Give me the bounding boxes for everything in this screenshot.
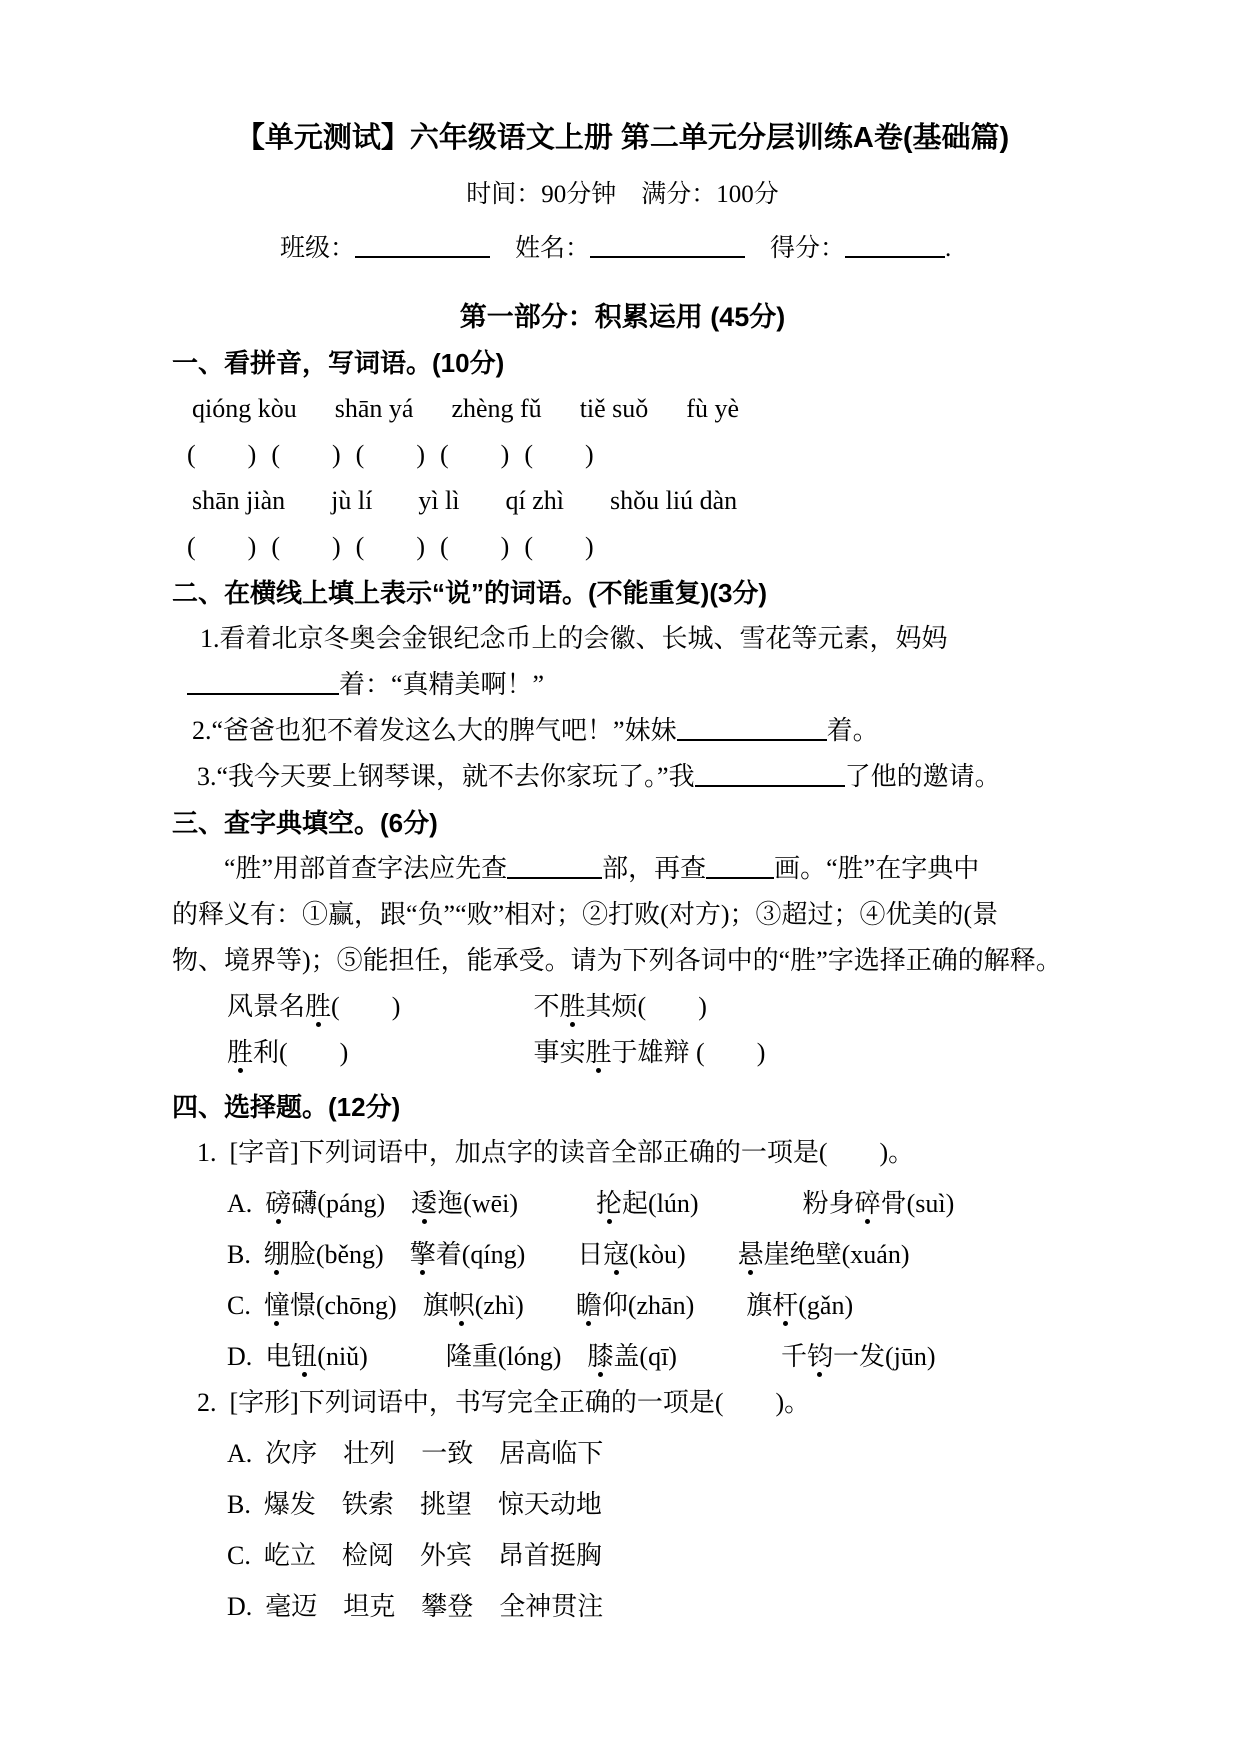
blank-underline [187, 689, 339, 695]
q1-pinyin-row1: qióng kòushān yázhèng fǔtiě suǒfù yè [172, 386, 1073, 432]
blank-underline [355, 252, 490, 258]
exam-meta: 时间：90分钟 满分：100分 [172, 172, 1073, 218]
page-title: 【单元测试】六年级语文上册 第二单元分层训练A卷(基础篇) [172, 118, 1073, 158]
q2-item1-line2: 着：“真精美啊！” [172, 662, 1073, 708]
q4-item2-option-c: C. 屹立 检阅 外宾 昂首挺胸 [172, 1533, 1073, 1579]
test-paper-page: 【单元测试】六年级语文上册 第二单元分层训练A卷(基础篇) 时间：90分钟 满分… [0, 0, 1241, 1754]
q4-item2-stem: 2. [字形]下列词语中，书写完全正确的一项是( )。 [172, 1380, 1073, 1426]
student-info-row: 班级： 姓名： 得分：. [172, 226, 1073, 272]
q3-header: 三、查字典填空。(6分) [172, 800, 1073, 846]
blank-underline [695, 781, 845, 787]
term-busheng-qifan: 不胜其烦( ) [534, 992, 707, 1021]
q3-para-line2: 的释义有：①赢，跟“负”“败”相对；②打败(对方)；③超过；④优美的(景 [172, 892, 1073, 938]
part1-header: 第一部分：积累运用 (45分) [172, 294, 1073, 340]
blank-underline [507, 873, 602, 879]
term-shishi-shengyu-xiongbian: 事实胜于雄辩 ( ) [534, 1038, 766, 1067]
q3-para-line1: “胜”用部首查字法应先查部，再查画。“胜”在字典中 [172, 846, 1073, 892]
q3-para-line3: 物、境界等)；⑤能担任，能承受。请为下列各词中的“胜”字选择正确的解释。 [172, 938, 1073, 984]
q4-header: 四、选择题。(12分) [172, 1084, 1073, 1130]
q4-item2-option-a: A. 次序 壮列 一致 居高临下 [172, 1431, 1073, 1477]
q4-item1-option-b: B. 绷脸(běng) 擎着(qíng) 日寇(kòu) 悬崖绝壁(xuán) [172, 1232, 1073, 1278]
term-fengjing-mingsheng: 风景名胜( ) [227, 984, 527, 1030]
blank-underline [706, 873, 774, 879]
q3-terms-row1: 风景名胜( ) 不胜其烦( ) [172, 984, 1073, 1030]
blank-underline [677, 735, 827, 741]
term-shengli: 胜利( ) [227, 1030, 527, 1076]
q4-item2-option-d: D. 毫迈 坦克 攀登 全神贯注 [172, 1584, 1073, 1630]
q1-pinyin-row2: shān jiànjù líyì lìqí zhìshǒu liú dàn [172, 478, 1073, 524]
q3-terms-row2: 胜利( ) 事实胜于雄辩 ( ) [172, 1030, 1073, 1076]
q4-item1-option-c: C. 憧憬(chōng) 旗帜(zhì) 瞻仰(zhān) 旗杆(gǎn) [172, 1283, 1073, 1329]
q2-header: 二、在横线上填上表示“说”的词语。(不能重复)(3分) [172, 570, 1073, 616]
q4-item1-option-a: A. 磅礴(páng) 逶迤(wēi) 抡起(lún) 粉身碎骨(suì) [172, 1181, 1073, 1227]
q2-item1-line1: 1.看着北京冬奥会金银纪念币上的会徽、长城、雪花等元素，妈妈 [172, 616, 1073, 662]
q2-item2: 2.“爸爸也犯不着发这么大的脾气吧！”妹妹着。 [172, 708, 1073, 754]
q2-item3: 3.“我今天要上钢琴课，就不去你家玩了。”我了他的邀请。 [172, 754, 1073, 800]
q1-header: 一、看拼音，写词语。(10分) [172, 340, 1073, 386]
blank-underline [845, 252, 945, 258]
q4-item1-stem: 1. [字音]下列词语中，加点字的读音全部正确的一项是( )。 [172, 1130, 1073, 1176]
q1-paren-row2: ( )( )( )( )( ) [172, 524, 1073, 570]
q4-item1-option-d: D. 电钮(niǔ) 隆重(lóng) 膝盖(qī) 千钧一发(jūn) [172, 1334, 1073, 1380]
blank-underline [590, 252, 745, 258]
q4-item2-option-b: B. 爆发 铁索 挑望 惊天动地 [172, 1482, 1073, 1528]
q1-paren-row1: ( )( )( )( )( ) [172, 432, 1073, 478]
